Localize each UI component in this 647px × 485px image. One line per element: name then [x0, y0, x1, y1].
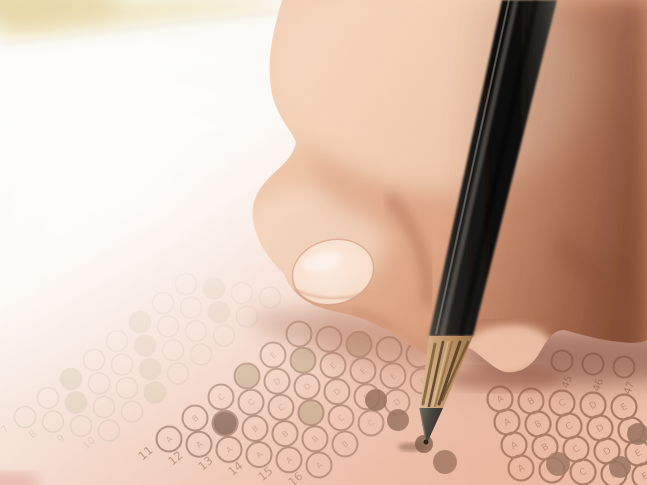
pencil-point [424, 440, 429, 445]
pencil-tip-shadow [398, 443, 426, 452]
photo: 7891011ABCE12ACD13ABCDE14ABDE15ABCDE16AB… [0, 0, 647, 485]
photo-canvas: 7891011ABCE12ACD13ABCDE14ABDE15ABCDE16AB… [0, 0, 647, 485]
